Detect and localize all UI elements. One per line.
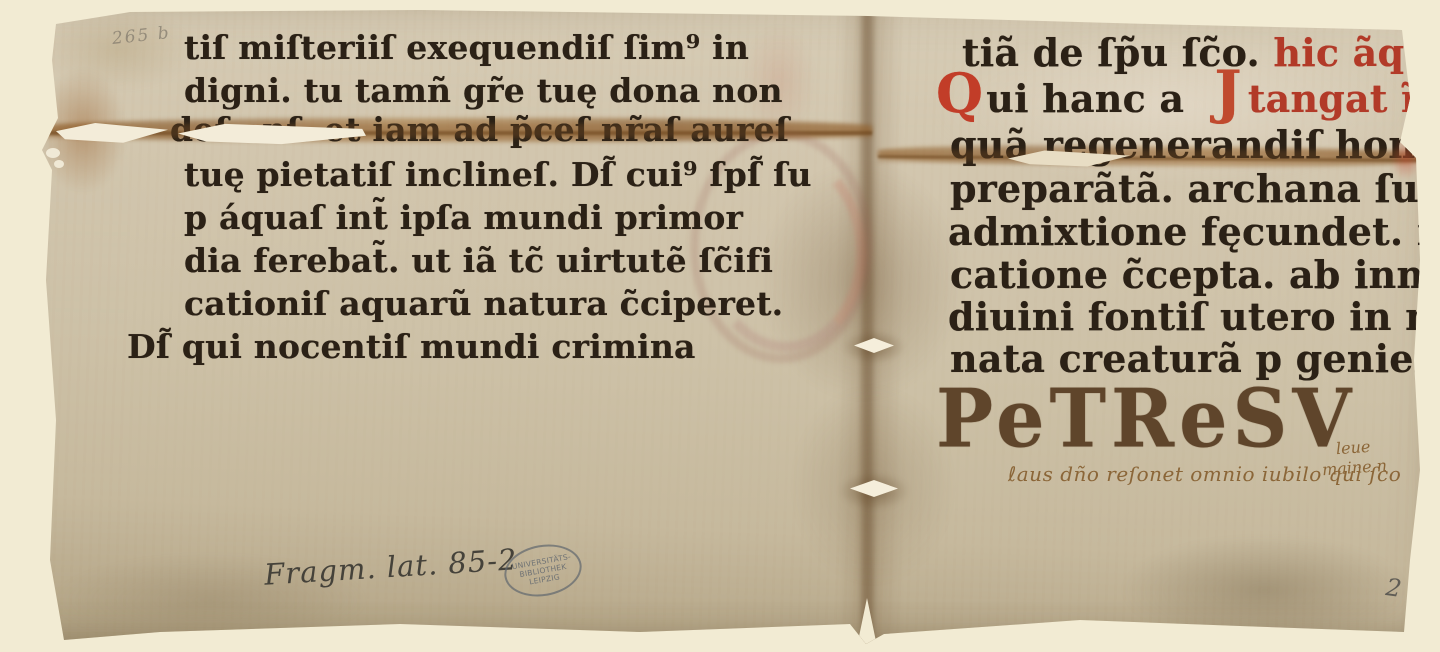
right-text-line-6: catione c̃cepta. ab inma (950, 252, 1440, 297)
right-text-line-7: diuini fontiſ utero in n (948, 294, 1433, 339)
parchment-fragment: tiſ miſteriiſ exequendiſ ſim⁹ in digni. … (0, 0, 1440, 652)
left-text-line-2: digni. tu tamñ gr̃e tuę dona non (184, 71, 783, 110)
crease-overlay-right (878, 150, 1418, 162)
left-edge-spot-1 (46, 148, 60, 158)
left-text-line-4: tuę pietatiſ inclineſ. Dſ̃ cui⁹ ſpſ̃ ſu (184, 155, 812, 194)
right-line2-black: ui hanc a (986, 76, 1184, 121)
right-line2-rubric: tangat ĩ m (1248, 76, 1440, 121)
right-text-line-4: preparãtã. archana ſui l (950, 166, 1440, 211)
photograph-background: tiſ miſteriiſ exequendiſ ſim⁹ in digni. … (0, 0, 1440, 652)
red-edge-stain (1390, 136, 1422, 180)
right-text-line-2: Qui hanc aJtangat ĩ m (936, 72, 1440, 121)
crease-overlay-left (44, 124, 872, 138)
left-edge-spot-2 (54, 160, 64, 168)
right-line1-rubric: hic ãquã (1273, 30, 1440, 75)
rubric-initial-q: Q (936, 61, 983, 125)
left-text-line-5: p áquaſ int̃ ipſa mundi primor (184, 198, 743, 237)
rubric-initial-j: J (1214, 58, 1242, 126)
right-text-line-1: tiã de ſp̃u ſc̃o. hic ãquã (962, 30, 1440, 75)
left-text-line-1: tiſ miſteriiſ exequendiſ ſim⁹ in (184, 28, 749, 67)
bottom-right-dark-stain (1120, 535, 1410, 645)
cursive-addition-side-top: leue (1335, 437, 1371, 458)
display-pen-trial-letters: PeTReSV (936, 371, 1356, 465)
left-text-line-8: Dſ̃ qui nocentiſ mundi crimina (127, 327, 696, 366)
right-text-line-5: admixtione fęcundet. n (948, 209, 1440, 254)
left-text-line-6: dia ferebat̃. ut iã tc̃ uirtutẽ ſc̃ifi (184, 241, 773, 280)
left-text-line-7: cationiſ aquarũ natura c̃ciperet. (184, 284, 783, 323)
